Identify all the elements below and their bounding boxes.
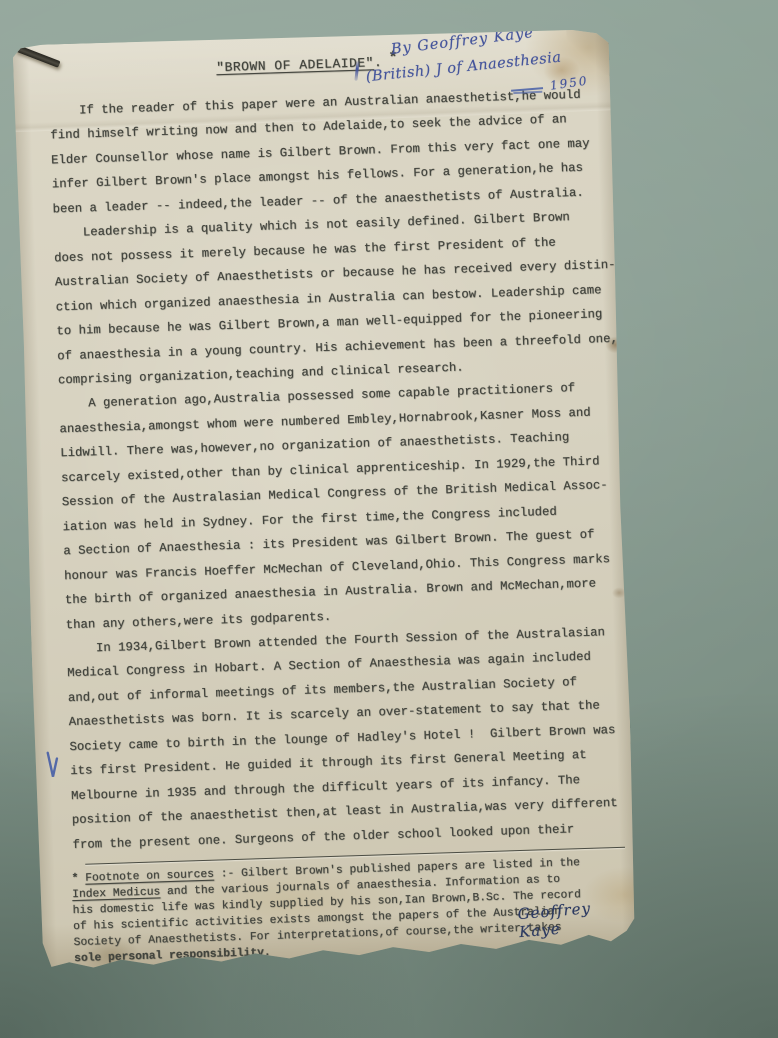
- document-title: "BROWN OF ADELAIDE": [216, 55, 374, 75]
- index-medicus-label: Index Medicus: [72, 886, 160, 901]
- footnote-asterisk: *: [72, 873, 86, 885]
- paragraph-2: Leadership is a quality which is not eas…: [53, 204, 607, 392]
- margin-check-mark: [45, 750, 62, 785]
- paragraph-1: If the reader of this paper were an Aust…: [49, 82, 602, 221]
- typed-content: "BROWN OF ADELAIDE".* If the reader of t…: [13, 27, 638, 977]
- photo-background: "BROWN OF ADELAIDE".* If the reader of t…: [0, 0, 778, 1038]
- footnote-sources-label: Footnote on sources: [85, 869, 214, 885]
- document-page: "BROWN OF ADELAIDE".* If the reader of t…: [13, 27, 638, 977]
- paragraph-3: A generation ago,Australia possessed som…: [58, 376, 614, 638]
- paragraph-4: In 1934,Gilbert Brown attended the Fourt…: [66, 620, 622, 857]
